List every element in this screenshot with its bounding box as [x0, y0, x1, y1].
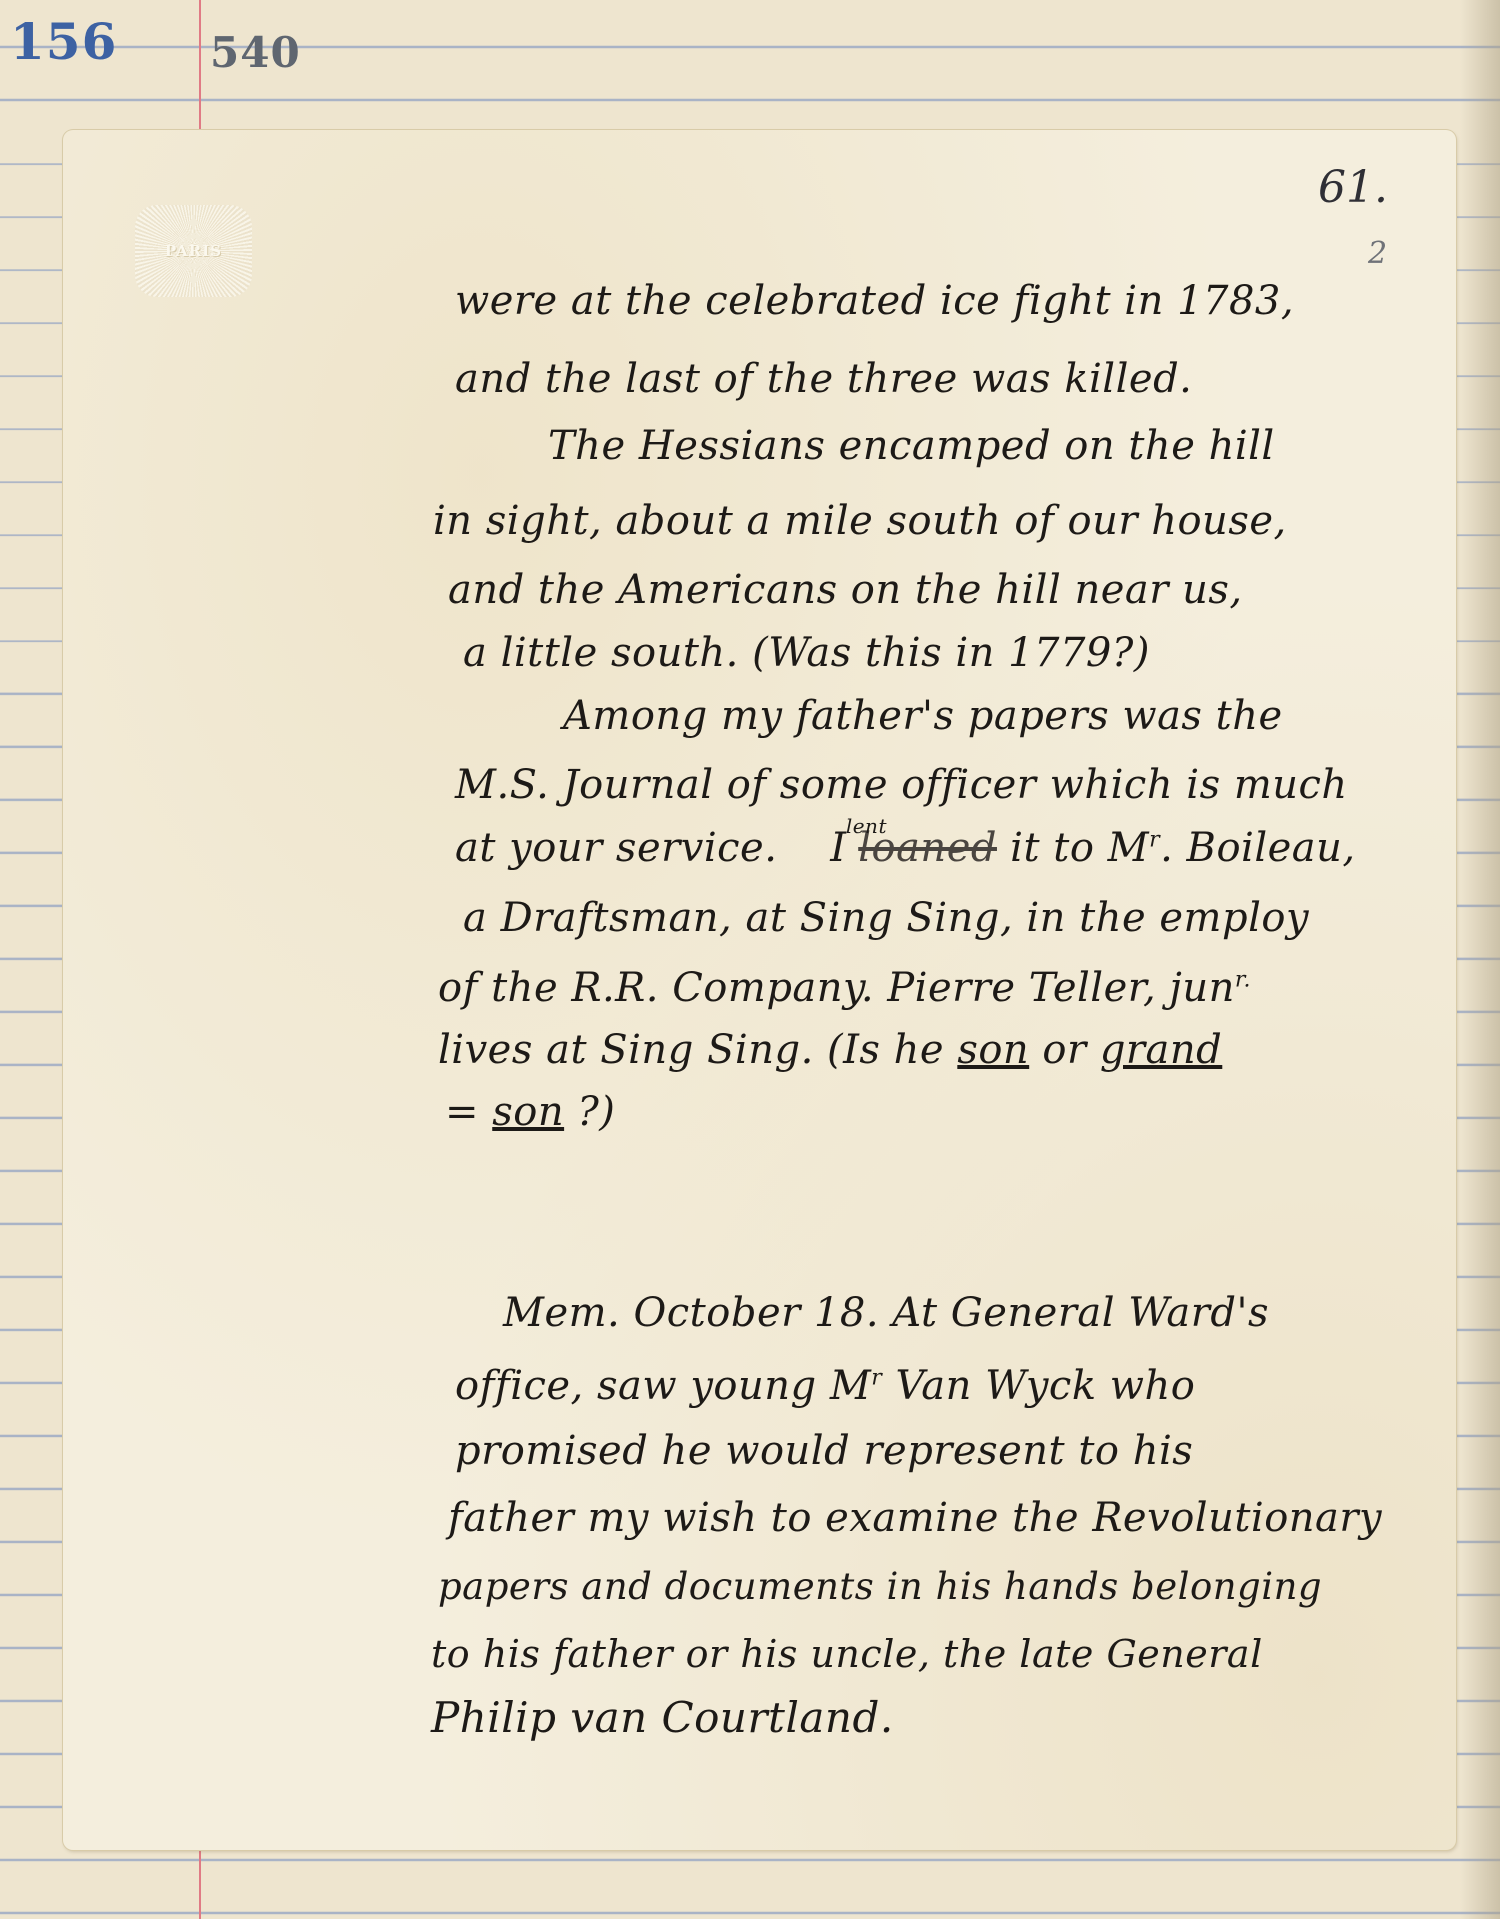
text-line-5: and the Americans on the hill near us,: [448, 567, 1243, 613]
line-11-text: of the R.R. Company. Pierre Teller, jun: [438, 965, 1235, 1011]
text-line-3: The Hessians encamped on the hill: [548, 423, 1275, 469]
embossed-paris-stamp-icon: PARIS: [135, 205, 252, 297]
text-line-4: in sight, about a mile south of our hous…: [433, 498, 1287, 544]
line-9-rest: it to M: [997, 825, 1149, 871]
text-line-1: were at the celebrated ice fight in 1783…: [455, 278, 1294, 324]
text-line-16: promised he would represent to his: [455, 1428, 1193, 1474]
ledger-stamp-number-grey: 540: [210, 28, 301, 77]
text-line-19: to his father or his uncle, the late Gen…: [431, 1632, 1263, 1676]
text-line-18: papers and documents in his hands belong…: [438, 1565, 1322, 1608]
jun-superscript: r.: [1235, 968, 1251, 993]
line-9-name: . Boileau,: [1160, 825, 1356, 871]
folio-sub-number: 2: [1368, 236, 1387, 271]
text-line-12: lives at Sing Sing. (Is he son or grand: [438, 1027, 1222, 1073]
underlined-grand: grand: [1100, 1027, 1222, 1073]
line-15-text: office, saw young M: [455, 1363, 871, 1409]
line-12-text: lives at Sing Sing. (Is he: [438, 1027, 944, 1073]
text-line-6: a little south. (Was this in 1779?): [463, 630, 1150, 676]
text-line-10: a Draftsman, at Sing Sing, in the employ: [463, 895, 1309, 941]
pronoun-i: I: [830, 825, 846, 871]
line-9-start: at your service.: [455, 825, 777, 871]
text-line-2: and the last of the three was killed.: [455, 356, 1192, 402]
line-13-end: ?): [564, 1089, 615, 1135]
embossed-stamp-text: PARIS: [165, 242, 222, 260]
text-line-17: father my wish to examine the Revolution…: [448, 1495, 1382, 1541]
text-line-9: at your service. I lent loaned it to Mr.…: [455, 825, 1356, 871]
inserted-word-lent: lent: [846, 814, 887, 838]
line-12-or: or: [1029, 1027, 1100, 1073]
text-line-14: Mem. October 18. At General Ward's: [503, 1290, 1269, 1336]
text-line-13: = son ?): [445, 1089, 615, 1135]
line-13-prefix: =: [445, 1089, 492, 1135]
ledger-stamp-number-blue: 156: [10, 12, 117, 71]
text-line-11: of the R.R. Company. Pierre Teller, junr…: [438, 965, 1251, 1011]
text-line-15: office, saw young Mr Van Wyck who: [455, 1363, 1195, 1409]
underlined-son: son: [957, 1027, 1029, 1073]
ledger-page-edge: [1460, 0, 1500, 1919]
underlined-son-2: son: [492, 1089, 564, 1135]
mr-superscript-2: r: [871, 1366, 882, 1391]
text-line-8: M.S. Journal of some officer which is mu…: [455, 762, 1348, 808]
line-15-rest: Van Wyck who: [882, 1363, 1195, 1409]
text-line-7: Among my father's papers was the: [563, 693, 1283, 739]
manuscript-sheet: PARIS 61. 2 were at the celebrated ice f…: [63, 130, 1456, 1850]
folio-number: 61.: [1318, 162, 1388, 213]
mr-superscript: r: [1149, 828, 1160, 853]
text-line-20: Philip van Courtland.: [431, 1693, 894, 1742]
